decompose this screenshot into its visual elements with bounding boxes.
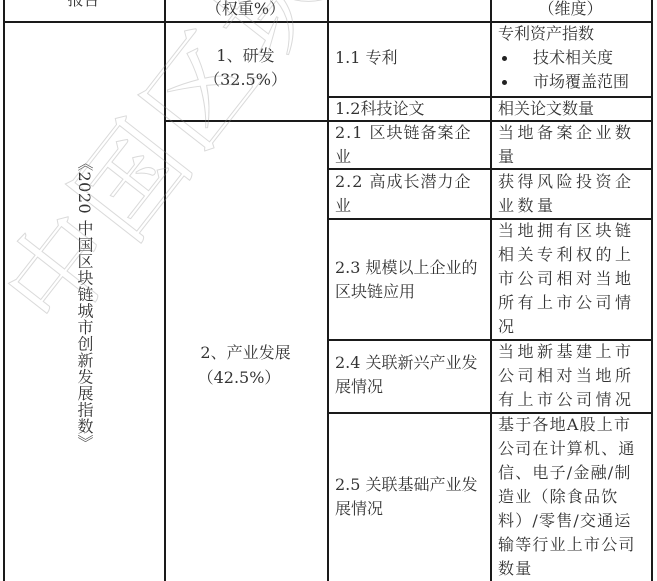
document-page: 中国区块链城市创新发展 报告 （权重%） （维度） 《2020 中国区块链城市创…: [0, 0, 657, 581]
indicator-2-5: 2.5 关联基础产业发展情况: [335, 473, 487, 521]
category-1-label: 1、研发: [164, 44, 327, 68]
dimension-1-1: 专利资产指数 技术相关度 市场覆盖范围: [498, 22, 648, 94]
category-2-label: 2、产业发展: [164, 341, 327, 365]
header-report: 报告: [3, 0, 164, 12]
dimension-2-3: 当地拥有区块链相关专利权的上市公司相对当地所有上市公司情况: [498, 219, 648, 339]
bullet-icon: [502, 56, 507, 61]
table-border-right: [651, 0, 653, 581]
dimension-1-1-title: 专利资产指数: [498, 22, 648, 46]
table-border-col2: [327, 0, 329, 581]
table-border-left: [3, 0, 5, 581]
indicator-2-4: 2.4 关联新兴产业发展情况: [335, 351, 487, 399]
indicator-1-2: 1.2科技论文: [335, 97, 487, 121]
indicator-2-2: 2.2 高成长潜力企业: [335, 170, 487, 218]
category-1-weight: （32.5%）: [164, 68, 327, 92]
indicator-2-3: 2.3 规模以上企业的区块链应用: [335, 256, 487, 304]
indicator-1-1: 1.1 专利: [335, 46, 487, 70]
header-weight: （权重%）: [164, 0, 327, 21]
category-2-weight: （42.5%）: [164, 366, 314, 390]
bullet-icon: [502, 80, 507, 85]
dimension-2-5: 基于各地A股上市公司在计算机、通信、电子/金融/制造业（除食品饮料）/零售/交通…: [498, 413, 648, 581]
report-title: 《2020 中国区块链城市创新发展指数》: [70, 155, 96, 451]
dimension-2-2: 获得风险投资企业数量: [498, 170, 648, 218]
dimension-2-4: 当地新基建上市公司相对当地所有上市公司情况: [498, 340, 648, 412]
table-border-col3: [490, 0, 492, 581]
dimension-1-1-bullet-1: 技术相关度: [498, 46, 648, 70]
header-dimension: （维度）: [490, 0, 651, 21]
dimension-1-1-bullet-2: 市场覆盖范围: [498, 70, 648, 94]
dimension-1-2: 相关论文数量: [498, 97, 648, 121]
dimension-2-1: 当地备案企业数量: [498, 121, 648, 169]
indicator-2-1: 2.1 区块链备案企业: [335, 121, 487, 169]
